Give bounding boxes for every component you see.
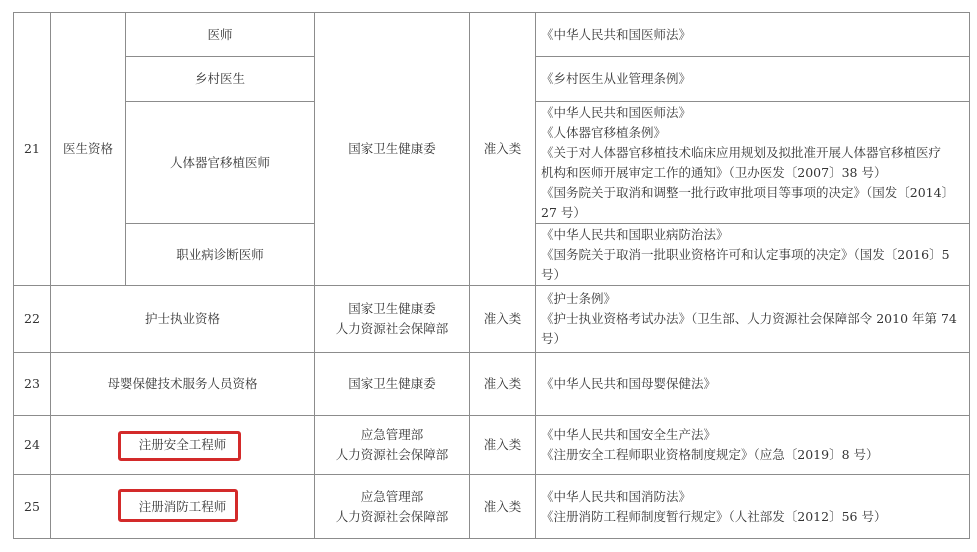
sub-item-name: 乡村医生 <box>195 69 245 89</box>
row-number: 24 <box>24 435 40 455</box>
qualification-name: 护士执业资格 <box>145 309 220 329</box>
legal-basis-line: 《中华人民共和国医师法》 <box>541 25 691 45</box>
department-name: 应急管理部 <box>361 487 424 507</box>
row-21-sub-item-transplant-physician: 人体器官移植医师 <box>125 101 315 224</box>
legal-basis-line: 《中华人民共和国安全生产法》 <box>541 425 716 445</box>
qualification-name: 母婴保健技术服务人员资格 <box>107 374 257 394</box>
legal-basis-line: 《护士执业资格考试办法》（卫生部、人力资源社会保障部令 2010 年第 74 <box>541 309 957 329</box>
legal-basis-line: 《乡村医生从业管理条例》 <box>541 69 691 89</box>
highlight-box-fire-engineer <box>118 489 238 522</box>
legal-basis-line: 号） <box>541 329 566 349</box>
row-21-sub-item-physician: 医师 <box>125 12 315 57</box>
category-label: 准入类 <box>484 497 522 517</box>
category-label: 准入类 <box>484 309 522 329</box>
row-25-basis: 《中华人民共和国消防法》 《注册消防工程师制度暂行规定》（人社部发〔2012〕5… <box>535 474 970 539</box>
department-name: 人力资源社会保障部 <box>336 319 449 339</box>
row-number: 23 <box>24 374 40 394</box>
row-21-number: 21 <box>13 12 51 286</box>
row-21-basis-transplant-physician: 《中华人民共和国医师法》 《人体器官移植条例》 《关于对人体器官移植技术临床应用… <box>535 101 970 224</box>
department-name: 应急管理部 <box>361 425 424 445</box>
category-label: 准入类 <box>484 435 522 455</box>
legal-basis-line: 《注册安全工程师职业资格制度规定》（应急〔2019〕8 号） <box>541 445 879 465</box>
department-name: 国家卫生健康委 <box>348 374 436 394</box>
row-23-number: 23 <box>13 352 51 416</box>
legal-basis-line: 《护士条例》 <box>541 289 616 309</box>
legal-basis-line: 《中华人民共和国职业病防治法》 <box>541 225 729 245</box>
department-name: 国家卫生健康委 <box>348 299 436 319</box>
legal-basis-line: 《中华人民共和国医师法》 <box>541 103 691 123</box>
department-name: 人力资源社会保障部 <box>336 445 449 465</box>
row-25-department: 应急管理部 人力资源社会保障部 <box>314 474 470 539</box>
legal-basis-line: 号） <box>541 265 566 285</box>
category-label: 准入类 <box>484 139 522 159</box>
department-name: 国家卫生健康委 <box>348 139 436 159</box>
row-22-qualification: 护士执业资格 <box>50 285 315 353</box>
row-23-qualification: 母婴保健技术服务人员资格 <box>50 352 315 416</box>
row-25-number: 25 <box>13 474 51 539</box>
sub-item-name: 医师 <box>207 25 232 45</box>
row-number: 25 <box>24 497 40 517</box>
row-21-qualification: 医生资格 <box>50 12 126 286</box>
legal-basis-line: 《中华人民共和国母婴保健法》 <box>541 374 716 394</box>
row-25-category: 准入类 <box>469 474 536 539</box>
row-23-category: 准入类 <box>469 352 536 416</box>
legal-basis-line: 《人体器官移植条例》 <box>541 123 666 143</box>
legal-basis-line: 《中华人民共和国消防法》 <box>541 487 691 507</box>
legal-basis-line: 机构和医师开展审定工作的通知》（卫办医发〔2007〕38 号） <box>541 163 886 183</box>
highlight-box-safety-engineer <box>118 431 241 461</box>
row-21-category: 准入类 <box>469 12 536 286</box>
row-21-basis-rural-doctor: 《乡村医生从业管理条例》 <box>535 56 970 102</box>
row-22-number: 22 <box>13 285 51 353</box>
legal-basis-line: 27 号） <box>541 203 586 223</box>
qualification-name: 医生资格 <box>63 139 113 159</box>
row-number: 21 <box>24 139 40 159</box>
legal-basis-line: 《国务院关于取消一批职业资格许可和认定事项的决定》（国发〔2016〕5 <box>541 245 950 265</box>
legal-basis-line: 《关于对人体器官移植技术临床应用规划及拟批准开展人体器官移植医疗 <box>541 143 941 163</box>
qualification-table: 21 医生资格 医师 乡村医生 人体器官移植医师 职业病诊断医师 国家卫生健康委… <box>0 0 977 552</box>
row-21-basis-physician: 《中华人民共和国医师法》 <box>535 12 970 57</box>
row-24-category: 准入类 <box>469 415 536 475</box>
row-21-department: 国家卫生健康委 <box>314 12 470 286</box>
row-21-sub-item-occupational-disease-physician: 职业病诊断医师 <box>125 223 315 286</box>
legal-basis-line: 《国务院关于取消和调整一批行政审批项目等事项的决定》（国发〔2014〕 <box>541 183 954 203</box>
category-label: 准入类 <box>484 374 522 394</box>
department-name: 人力资源社会保障部 <box>336 507 449 527</box>
legal-basis-line: 《注册消防工程师制度暂行规定》（人社部发〔2012〕56 号） <box>541 507 886 527</box>
row-23-basis: 《中华人民共和国母婴保健法》 <box>535 352 970 416</box>
sub-item-name: 职业病诊断医师 <box>176 245 264 265</box>
row-22-basis: 《护士条例》 《护士执业资格考试办法》（卫生部、人力资源社会保障部令 2010 … <box>535 285 970 353</box>
row-24-basis: 《中华人民共和国安全生产法》 《注册安全工程师职业资格制度规定》（应急〔2019… <box>535 415 970 475</box>
row-21-sub-item-rural-doctor: 乡村医生 <box>125 56 315 102</box>
row-22-department: 国家卫生健康委 人力资源社会保障部 <box>314 285 470 353</box>
row-24-department: 应急管理部 人力资源社会保障部 <box>314 415 470 475</box>
row-23-department: 国家卫生健康委 <box>314 352 470 416</box>
row-22-category: 准入类 <box>469 285 536 353</box>
row-24-number: 24 <box>13 415 51 475</box>
sub-item-name: 人体器官移植医师 <box>170 153 270 173</box>
row-21-basis-occupational-disease-physician: 《中华人民共和国职业病防治法》 《国务院关于取消一批职业资格许可和认定事项的决定… <box>535 223 970 286</box>
row-number: 22 <box>24 309 40 329</box>
